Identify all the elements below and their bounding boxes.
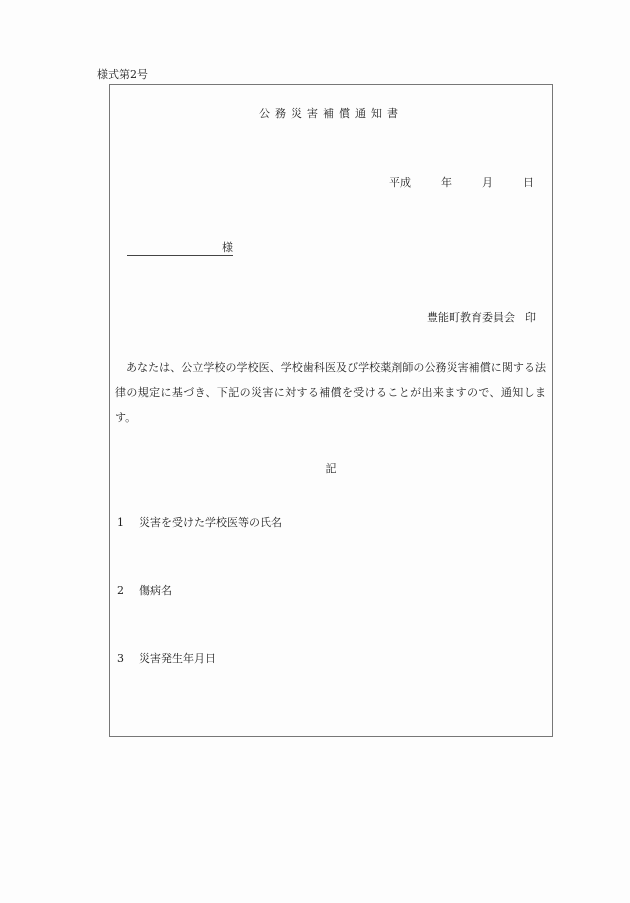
- issuer-name: 豊能町教育委員会: [427, 311, 515, 324]
- item-label: 災害を受けた学校医等の氏名: [139, 516, 282, 529]
- item-injury-name: 2傷病名: [117, 582, 172, 598]
- item-victim-name: 1災害を受けた学校医等の氏名: [117, 514, 282, 530]
- ki-heading: 記: [110, 460, 552, 476]
- notice-frame: 公務災害補償通知書 平成 年 月 日 様 豊能町教育委員会印 あなたは、公立学校…: [109, 84, 553, 737]
- form-number: 様式第2号: [97, 66, 148, 82]
- addressee-honorific: 様: [222, 241, 233, 254]
- issuer: 豊能町教育委員会印: [427, 309, 536, 325]
- date-line: 平成 年 月 日: [389, 174, 534, 190]
- addressee-line: 様: [127, 241, 233, 256]
- item-incident-date: 3災害発生年月日: [117, 650, 216, 666]
- item-number: 1: [117, 516, 139, 529]
- item-number: 3: [117, 652, 139, 665]
- item-label: 災害発生年月日: [139, 652, 216, 665]
- item-number: 2: [117, 584, 139, 597]
- seal-mark: 印: [525, 311, 536, 324]
- date-era: 平成: [389, 174, 411, 190]
- date-year-label: 年: [441, 174, 452, 190]
- date-day-label: 日: [523, 174, 534, 190]
- date-month-label: 月: [482, 174, 493, 190]
- item-label: 傷病名: [139, 584, 172, 597]
- document-title: 公務災害補償通知書: [110, 105, 552, 121]
- notice-body-text: あなたは、公立学校の学校医、学校歯科医及び学校薬剤師の公務災害補償に関する法律の…: [115, 355, 546, 430]
